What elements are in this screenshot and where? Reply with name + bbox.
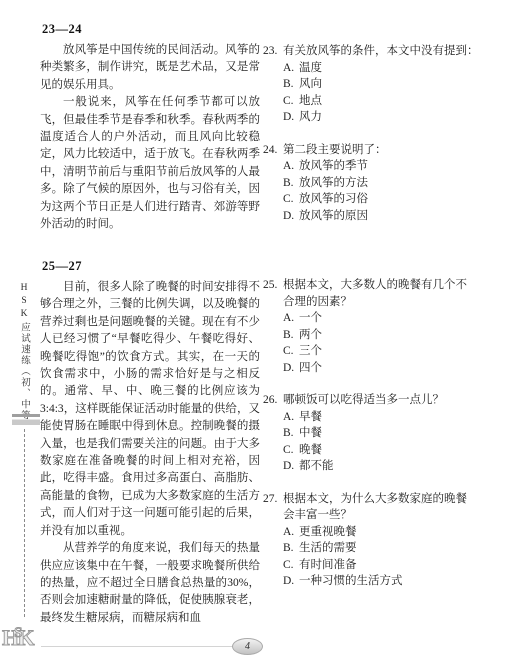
question-text: 有关放风筝的条件，本文中没有提到： bbox=[283, 43, 509, 60]
option-text: 有时间准备 bbox=[299, 557, 357, 574]
option-b: B. 两个 bbox=[283, 327, 509, 344]
marker-bar bbox=[12, 414, 40, 417]
option-label: A. bbox=[283, 409, 299, 426]
sidebar-series-latin: HSK bbox=[19, 283, 29, 322]
page-number: 4 bbox=[245, 641, 250, 652]
option-label: A. bbox=[283, 158, 299, 175]
option-label: A. bbox=[283, 310, 299, 327]
passage-paragraph: 一般说来，风筝在任何季节都可以放飞，但最佳季节是春季和秋季。春秋两季的温度适合人… bbox=[40, 94, 260, 233]
option-label: C. bbox=[283, 191, 299, 208]
option-label: C. bbox=[283, 93, 299, 110]
option-d: D. 风力 bbox=[283, 109, 509, 126]
question-number: 23. bbox=[263, 43, 283, 60]
option-label: B. bbox=[283, 76, 299, 93]
sidebar: HSK应试速练（初、中等） bbox=[0, 0, 40, 668]
passage-text: 目前，很多人除了晚餐的时间安排得不够合理之外，三餐的比例失调，以及晚餐的营养过剩… bbox=[40, 279, 260, 627]
option-text: 放风筝的原因 bbox=[299, 208, 368, 225]
option-a: A. 早餐 bbox=[283, 409, 509, 426]
options-list: A. 早餐 B. 中餐 C. 晚餐 D. 都不能 bbox=[263, 409, 509, 475]
question-text: 根据本文，为什么大多数家庭的晚餐 bbox=[283, 491, 509, 508]
option-text: 一个 bbox=[299, 310, 322, 327]
question-26: 26. 哪顿饭可以吃得适当多一点儿？ A. 早餐 B. 中餐 C. 晚餐 D. bbox=[263, 392, 509, 475]
option-label: B. bbox=[283, 425, 299, 442]
question-text-line2: 会丰富一些？ bbox=[263, 507, 509, 524]
section-header: 25—27 bbox=[42, 259, 260, 274]
options-list: A. 放风筝的季节 B. 放风筝的方法 C. 放风筝的习俗 D. 放风筝的原因 bbox=[263, 158, 509, 224]
option-label: B. bbox=[283, 540, 299, 557]
option-a: A. 放风筝的季节 bbox=[283, 158, 509, 175]
option-text: 三个 bbox=[299, 343, 322, 360]
passage-paragraph: 目前，很多人除了晚餐的时间安排得不够合理之外，三餐的比例失调，以及晚餐的营养过剩… bbox=[40, 279, 260, 540]
option-text: 放风筝的季节 bbox=[299, 158, 368, 175]
option-label: A. bbox=[283, 60, 299, 77]
page-number-badge: 4 bbox=[232, 638, 263, 655]
option-c: C. 放风筝的习俗 bbox=[283, 191, 509, 208]
hsk-logo-letter-s: S bbox=[14, 625, 22, 641]
option-b: B. 风向 bbox=[283, 76, 509, 93]
option-d: D. 四个 bbox=[283, 360, 509, 377]
hsk-logo: HSK bbox=[2, 623, 35, 653]
sidebar-dashed-line bbox=[24, 429, 25, 617]
option-d: D. 放风筝的原因 bbox=[283, 208, 509, 225]
section-header: 23—24 bbox=[42, 22, 260, 37]
question-24: 24. 第二段主要说明了： A. 放风筝的季节 B. 放风筝的方法 C. 放风筝… bbox=[263, 142, 509, 225]
sidebar-marker-bars bbox=[12, 414, 40, 425]
option-text: 中餐 bbox=[299, 425, 322, 442]
questions-block-23-24: 23. 有关放风筝的条件，本文中没有提到： A. 温度 B. 风向 C. 地点 … bbox=[263, 43, 509, 240]
option-label: D. bbox=[283, 458, 299, 475]
option-d: D. 一种习惯的生活方式 bbox=[283, 573, 509, 590]
passage-block-25-27: 25—27 目前，很多人除了晚餐的时间安排得不够合理之外，三餐的比例失调，以及晚… bbox=[40, 259, 260, 627]
option-text: 更重视晚餐 bbox=[299, 524, 357, 541]
option-a: A. 温度 bbox=[283, 60, 509, 77]
option-label: D. bbox=[283, 208, 299, 225]
footer-rule bbox=[41, 646, 233, 647]
passage-paragraph: 从营养学的角度来说，我们每天的热量供应应该集中在午餐，一般要求晚餐所供给的热量，… bbox=[40, 540, 260, 627]
option-text: 两个 bbox=[299, 327, 322, 344]
option-text: 放风筝的方法 bbox=[299, 175, 368, 192]
option-text: 风力 bbox=[299, 109, 322, 126]
option-label: D. bbox=[283, 109, 299, 126]
options-list: A. 更重视晚餐 B. 生活的需要 C. 有时间准备 D. 一种习惯的生活方式 bbox=[263, 524, 509, 590]
question-number: 25. bbox=[263, 277, 283, 294]
option-c: C. 有时间准备 bbox=[283, 557, 509, 574]
option-text: 温度 bbox=[299, 60, 322, 77]
question-27: 27. 根据本文，为什么大多数家庭的晚餐 会丰富一些？ A. 更重视晚餐 B. … bbox=[263, 491, 509, 590]
question-head: 24. 第二段主要说明了： bbox=[263, 142, 509, 159]
question-text-line2: 合理的因素？ bbox=[263, 294, 509, 311]
question-25: 25. 根据本文，大多数人的晚餐有几个不 合理的因素？ A. 一个 B. 两个 … bbox=[263, 277, 509, 376]
option-text: 地点 bbox=[299, 93, 322, 110]
option-text: 都不能 bbox=[299, 458, 334, 475]
question-head: 23. 有关放风筝的条件，本文中没有提到： bbox=[263, 43, 509, 60]
question-head: 25. 根据本文，大多数人的晚餐有几个不 bbox=[263, 277, 509, 294]
option-text: 四个 bbox=[299, 360, 322, 377]
option-c: C. 晚餐 bbox=[283, 442, 509, 459]
option-b: B. 生活的需要 bbox=[283, 540, 509, 557]
options-list: A. 一个 B. 两个 C. 三个 D. 四个 bbox=[263, 310, 509, 376]
question-text: 哪顿饭可以吃得适当多一点儿？ bbox=[283, 392, 509, 409]
option-text: 放风筝的习俗 bbox=[299, 191, 368, 208]
sidebar-series-title: HSK应试速练（初、中等） bbox=[17, 283, 31, 432]
option-label: C. bbox=[283, 343, 299, 360]
option-b: B. 中餐 bbox=[283, 425, 509, 442]
option-label: D. bbox=[283, 573, 299, 590]
question-text: 第二段主要说明了： bbox=[283, 142, 509, 159]
question-number: 24. bbox=[263, 142, 283, 159]
marker-bar bbox=[12, 419, 40, 425]
options-list: A. 温度 B. 风向 C. 地点 D. 风力 bbox=[263, 60, 509, 126]
option-label: B. bbox=[283, 327, 299, 344]
question-number: 26. bbox=[263, 392, 283, 409]
option-label: B. bbox=[283, 175, 299, 192]
option-c: C. 地点 bbox=[283, 93, 509, 110]
option-label: D. bbox=[283, 360, 299, 377]
question-head: 26. 哪顿饭可以吃得适当多一点儿？ bbox=[263, 392, 509, 409]
question-23: 23. 有关放风筝的条件，本文中没有提到： A. 温度 B. 风向 C. 地点 … bbox=[263, 43, 509, 126]
option-b: B. 放风筝的方法 bbox=[283, 175, 509, 192]
questions-block-25-27: 25. 根据本文，大多数人的晚餐有几个不 合理的因素？ A. 一个 B. 两个 … bbox=[263, 277, 509, 606]
option-a: A. 更重视晚餐 bbox=[283, 524, 509, 541]
option-text: 风向 bbox=[299, 76, 322, 93]
passage-text: 放风筝是中国传统的民间活动。风筝的种类繁多，制作讲究，既是艺术品，又是常见的娱乐… bbox=[40, 42, 260, 233]
option-label: A. bbox=[283, 524, 299, 541]
question-text: 根据本文，大多数人的晚餐有几个不 bbox=[283, 277, 509, 294]
option-a: A. 一个 bbox=[283, 310, 509, 327]
passage-block-23-24: 23—24 放风筝是中国传统的民间活动。风筝的种类繁多，制作讲究，既是艺术品，又… bbox=[40, 22, 260, 233]
book-page: HSK应试速练（初、中等） 23—24 放风筝是中国传统的民间活动。风筝的种类繁… bbox=[0, 0, 532, 668]
option-label: C. bbox=[283, 557, 299, 574]
question-head: 27. 根据本文，为什么大多数家庭的晚餐 bbox=[263, 491, 509, 508]
option-text: 晚餐 bbox=[299, 442, 322, 459]
option-c: C. 三个 bbox=[283, 343, 509, 360]
option-text: 一种习惯的生活方式 bbox=[299, 573, 403, 590]
passage-paragraph: 放风筝是中国传统的民间活动。风筝的种类繁多，制作讲究，既是艺术品，又是常见的娱乐… bbox=[40, 42, 260, 94]
question-number: 27. bbox=[263, 491, 283, 508]
option-text: 早餐 bbox=[299, 409, 322, 426]
option-label: C. bbox=[283, 442, 299, 459]
option-text: 生活的需要 bbox=[299, 540, 357, 557]
option-d: D. 都不能 bbox=[283, 458, 509, 475]
